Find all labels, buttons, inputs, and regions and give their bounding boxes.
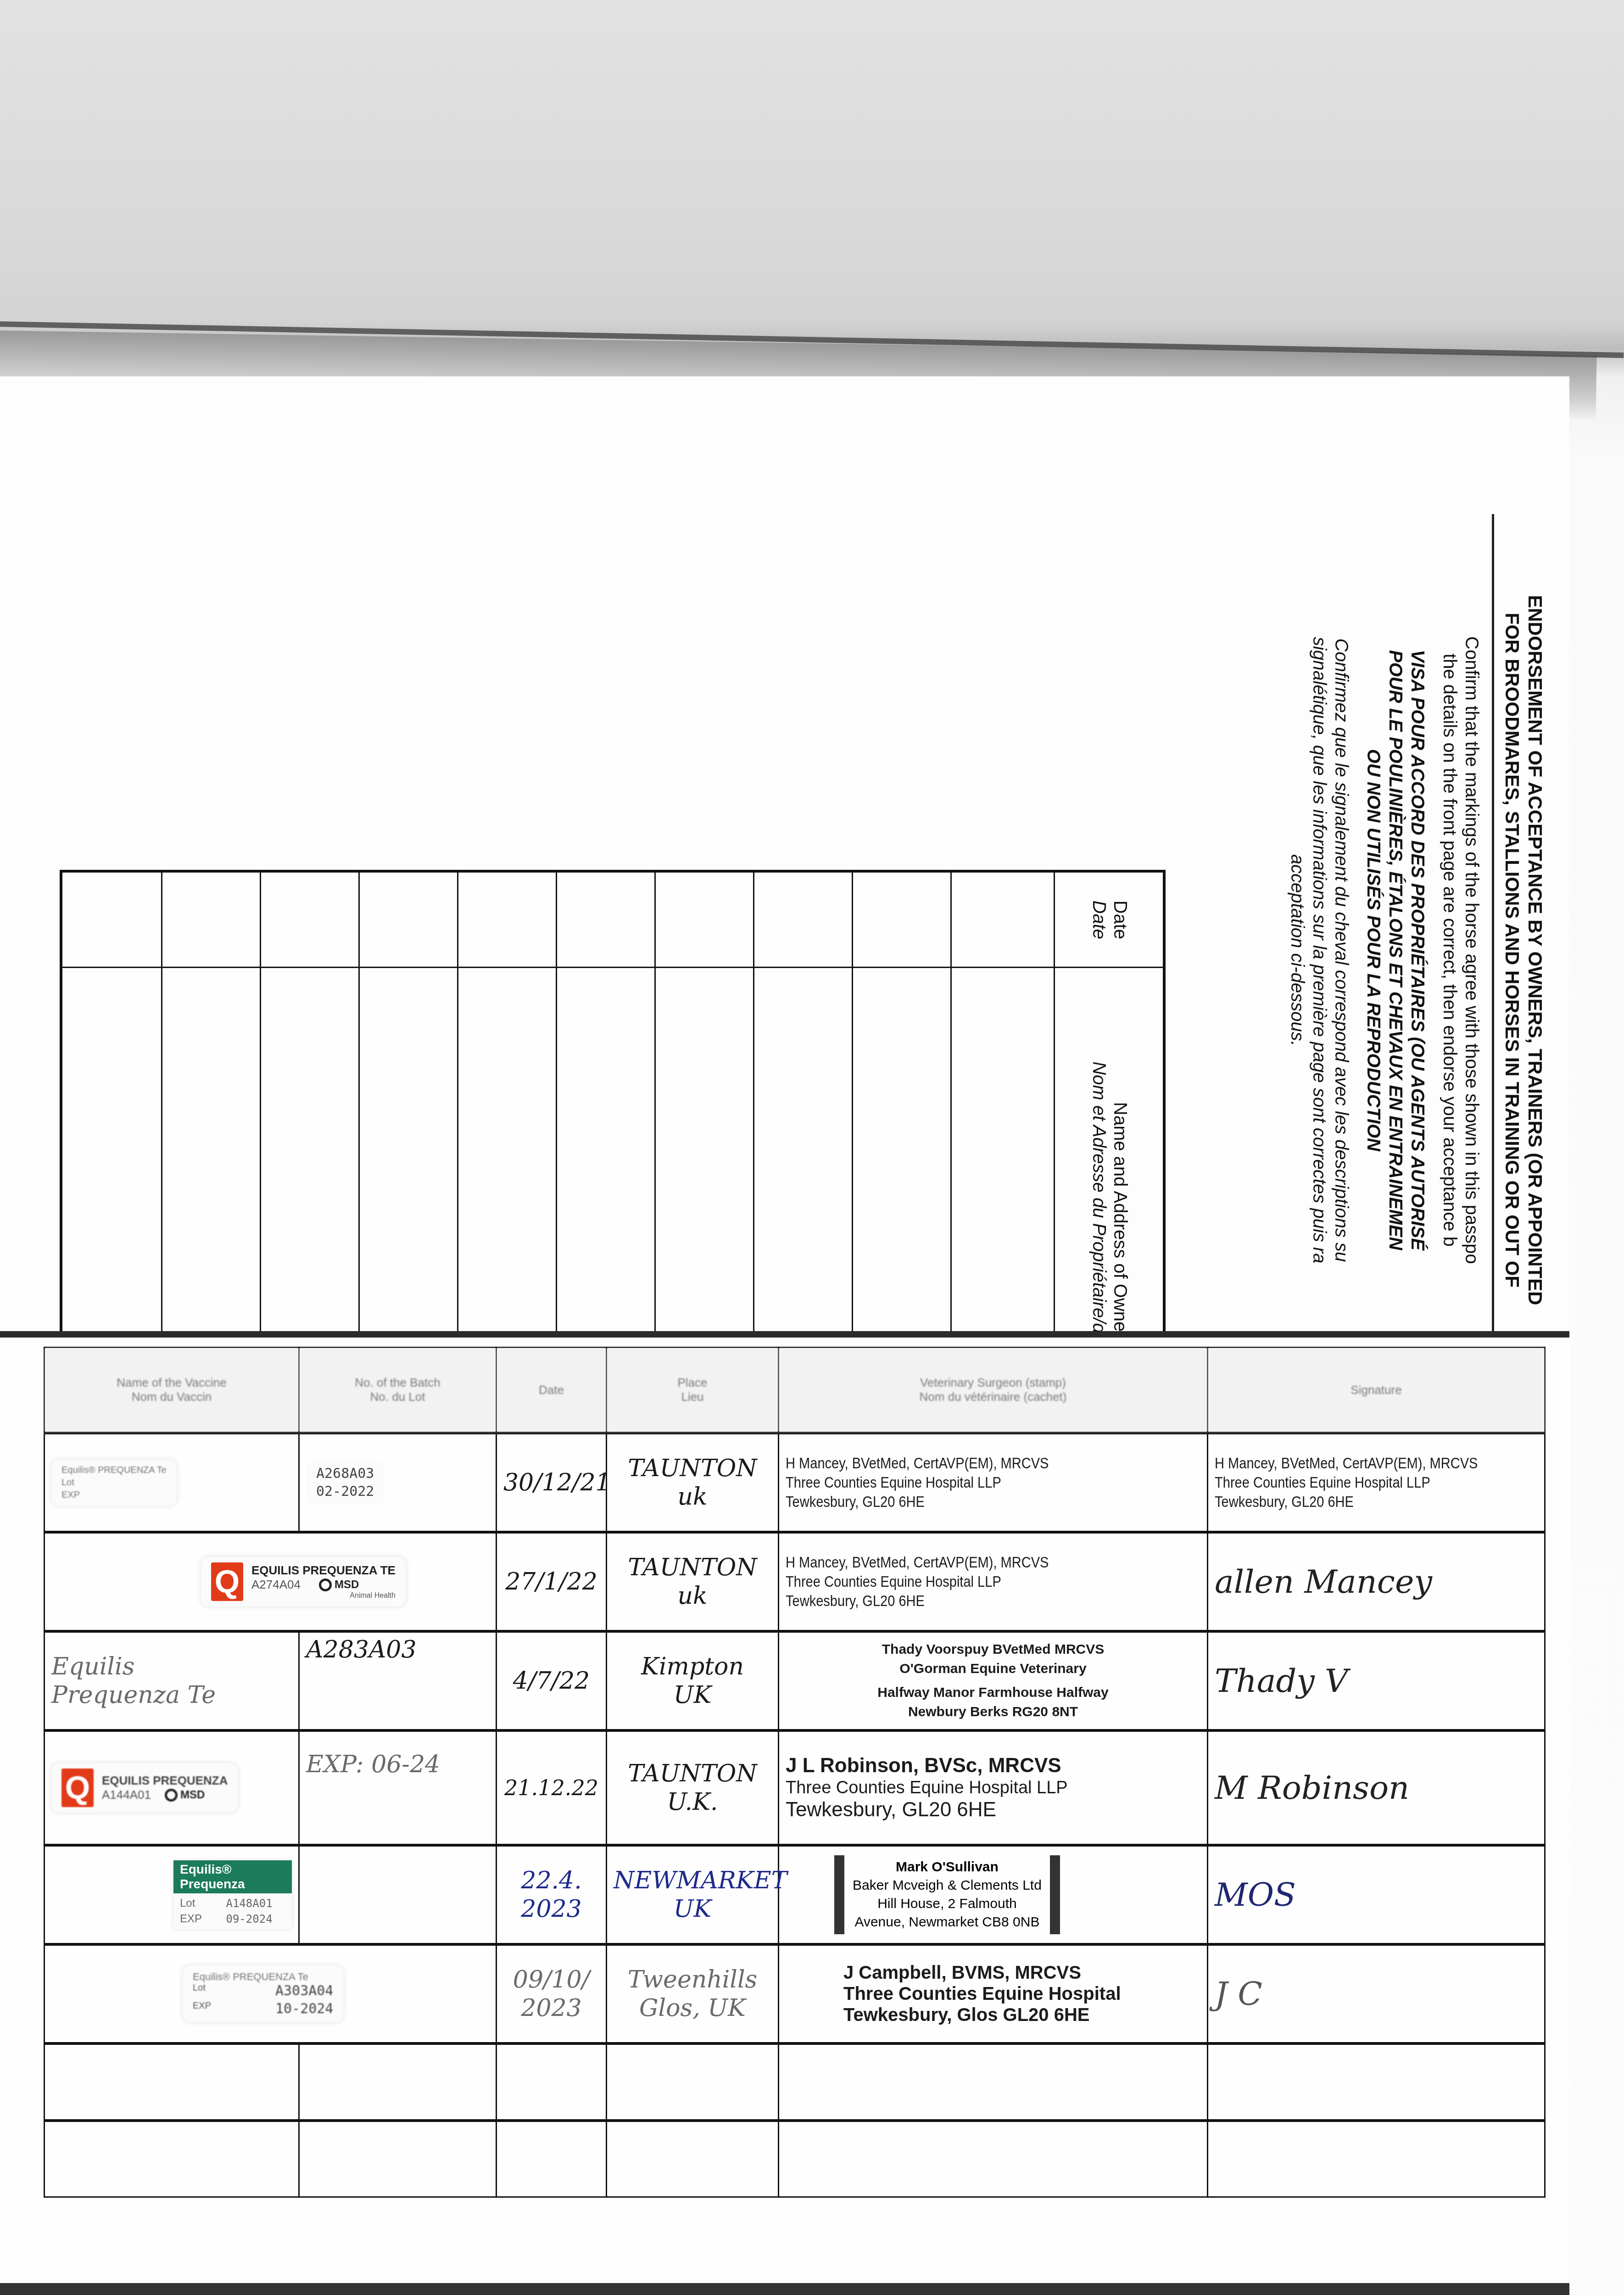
empty-cell xyxy=(497,2043,607,2121)
empty-cell xyxy=(1208,2043,1545,2121)
batch-sticker: A268A0302-2022 xyxy=(306,1460,384,1505)
header-signature: Signature xyxy=(1208,1348,1545,1433)
header-place: PlaceLieu xyxy=(607,1348,779,1433)
msd-logo: MSD xyxy=(319,1579,359,1591)
empty-cell xyxy=(779,2121,1208,2197)
heading-fr-line-1: VISA POUR ACCORD DES PROPRIÉTAIRES (OU A… xyxy=(1406,514,1429,1386)
vaccine-sticker: Q EQUILIS PREQUENZA TE A274A04 MSD Anima… xyxy=(201,1557,406,1606)
signature-cell: J C xyxy=(1208,1944,1545,2043)
header-vaccine: Name of the VaccineNom du Vaccin xyxy=(45,1348,299,1433)
q-logo-icon: Q xyxy=(61,1769,94,1807)
endorsement-text-block: ENDORSEMENT OF ACCEPTANCE BY OWNERS, TRA… xyxy=(1276,514,1546,1386)
vaccination-row-empty xyxy=(45,2121,1545,2197)
vaccination-row: Equilis® PREQUENZA TeLotEXP A268A0302-20… xyxy=(45,1433,1545,1532)
vaccine-sticker: Equilis® PREQUENZA TeLotEXP xyxy=(51,1460,177,1506)
vaccine-cell: Equilis® PREQUENZA TeLotEXP xyxy=(45,1433,299,1532)
header-date-fr: Date xyxy=(1089,900,1110,939)
place-cell: TAUNTONuk xyxy=(607,1433,779,1532)
batch-cell: A268A0302-2022 xyxy=(299,1433,497,1532)
watermark xyxy=(321,1606,1239,2020)
heading-fr-line-3: OU NON UTILISÉS POUR LA REPRODUCTION xyxy=(1362,514,1384,1386)
heading-en-line-1: ENDORSEMENT OF ACCEPTANCE BY OWNERS, TRA… xyxy=(1524,514,1546,1386)
signature-cell: MOS xyxy=(1208,1845,1545,1944)
vaccination-row-empty xyxy=(45,2043,1545,2121)
vaccination-table-header: Name of the VaccineNom du Vaccin No. of … xyxy=(45,1348,1545,1433)
signature-cell: M Robinson xyxy=(1208,1730,1545,1845)
msd-icon xyxy=(165,1789,178,1802)
header-vet: Veterinary Surgeon (stamp)Nom du vétérin… xyxy=(779,1348,1208,1433)
heading-rule xyxy=(1492,514,1494,1386)
instruction-fr-line-2: signalétique, que les informations sur l… xyxy=(1308,514,1330,1386)
header-date: Date xyxy=(497,1348,607,1433)
empty-cell xyxy=(607,2121,779,2197)
header-date-en: Date xyxy=(1110,900,1131,939)
vaccine-cell: Equilis Prequenza Te xyxy=(45,1631,299,1730)
endorsement-page: 10 Date Date Name and Address of Owner/T… xyxy=(0,376,1569,1331)
vaccine-sticker: Q EQUILIS PREQUENZA A144A01 MSD xyxy=(51,1763,238,1813)
empty-cell xyxy=(779,2043,1208,2121)
empty-cell xyxy=(45,2121,299,2197)
msd-logo: MSD xyxy=(165,1789,205,1802)
signature-cell: allen Mancey xyxy=(1208,1532,1545,1631)
empty-cell xyxy=(497,2121,607,2197)
vaccine-cell: Q EQUILIS PREQUENZA A144A01 MSD xyxy=(45,1730,299,1845)
empty-cell xyxy=(45,2043,299,2121)
vaccine-cell: Equilis® Prequenza LotA148A01 EXP09-2024 xyxy=(45,1845,299,1944)
empty-cell xyxy=(299,2121,497,2197)
instruction-fr-line-3: acceptation ci-dessous. xyxy=(1286,514,1308,1386)
vaccine-sticker: Equilis® Prequenza LotA148A01 EXP09-2024 xyxy=(173,1860,292,1929)
heading-en-line-2: FOR BROODMARES, STALLIONS AND HORSES IN … xyxy=(1501,514,1524,1386)
vaccine-sticker: Equilis® PREQUENZA Te LotA303A04 EXP10-2… xyxy=(183,1965,343,2022)
heading-fr-line-2: POUR LE POULINIÈRES, ÉTALONS ET CHEVAUX … xyxy=(1384,514,1406,1386)
signature-cell: Thady V xyxy=(1208,1631,1545,1730)
empty-cell xyxy=(607,2043,779,2121)
empty-cell xyxy=(299,2043,497,2121)
instruction-en-line-2: the details on the front page are correc… xyxy=(1439,514,1461,1386)
instruction-fr-line-1: Confirmez que le signalement du cheval c… xyxy=(1330,514,1352,1386)
header-batch: No. of the BatchNo. du Lot xyxy=(299,1348,497,1433)
vet-stamp-cell: H Mancey, BVetMed, CertAVP(EM), MRCVS Th… xyxy=(779,1433,1208,1532)
signature-cell: H Mancey, BVetMed, CertAVP(EM), MRCVS Th… xyxy=(1208,1433,1545,1532)
q-logo-icon: Q xyxy=(211,1562,243,1601)
instruction-en-line-1: Confirm that the markings of the horse a… xyxy=(1461,514,1483,1386)
empty-cell xyxy=(1208,2121,1545,2197)
column-divider-date xyxy=(62,967,1163,968)
date-cell: 30/12/21 xyxy=(497,1433,607,1532)
header-date: Date Date xyxy=(1056,873,1164,967)
msd-icon xyxy=(319,1579,332,1591)
